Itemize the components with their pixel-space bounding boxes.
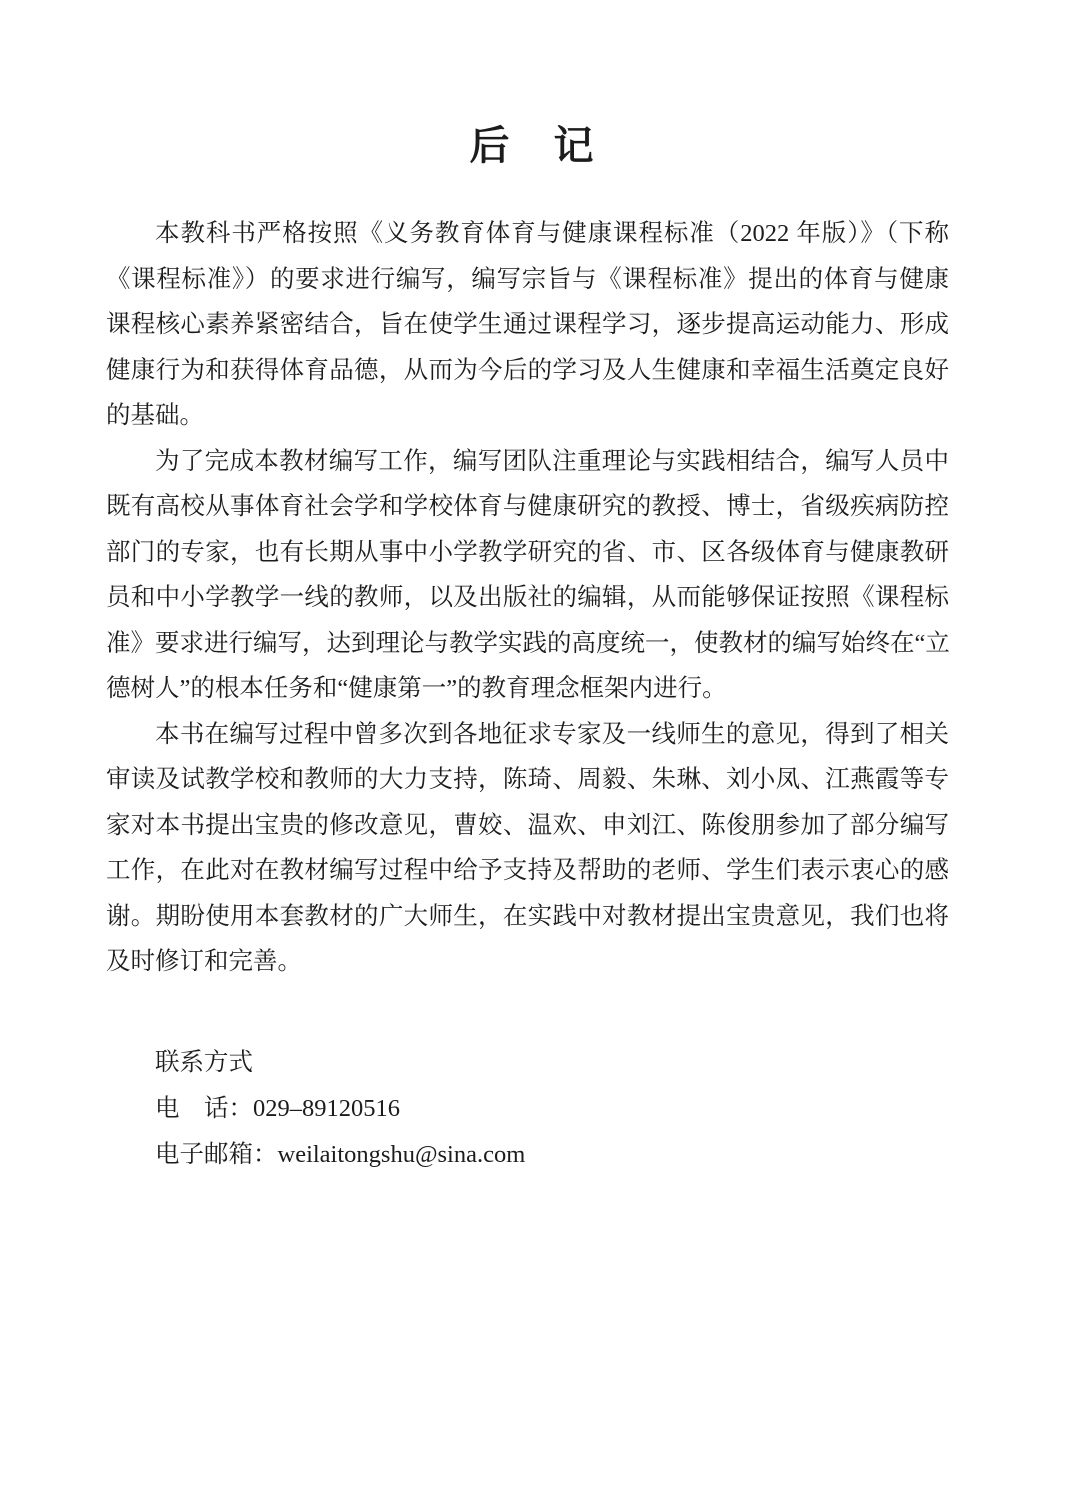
contact-section: 联系方式 电 话：029–89120516 电子邮箱：weilaitongshu… xyxy=(106,1040,949,1178)
paragraph-line: 谢。期盼使用本套教材的广大师生，在实践中对教材提出宝贵意见，我们也将 xyxy=(106,894,949,940)
paragraph-line: 及时修订和完善。 xyxy=(106,939,949,985)
phone-line: 电 话：029–89120516 xyxy=(155,1086,949,1132)
paragraph-line: 员和中小学教学一线的教师，以及出版社的编辑，从而能够保证按照《课程标 xyxy=(106,575,949,621)
paragraph: 本书在编写过程中曾多次到各地征求专家及一线师生的意见，得到了相关审读及试教学校和… xyxy=(106,712,949,985)
email-line: 电子邮箱：weilaitongshu@sina.com xyxy=(155,1132,949,1178)
page-content: 本教科书严格按照《义务教育体育与健康课程标准（2022 年版）》（下称《课程标准… xyxy=(106,211,949,1178)
paragraph-line: 既有高校从事体育社会学和学校体育与健康研究的教授、博士，省级疾病防控 xyxy=(106,484,949,530)
paragraph-line: 本书在编写过程中曾多次到各地征求专家及一线师生的意见，得到了相关 xyxy=(106,712,949,758)
body-paragraphs: 本教科书严格按照《义务教育体育与健康课程标准（2022 年版）》（下称《课程标准… xyxy=(106,211,949,985)
paragraph: 本教科书严格按照《义务教育体育与健康课程标准（2022 年版）》（下称《课程标准… xyxy=(106,211,949,439)
paragraph-line: 家对本书提出宝贵的修改意见，曹姣、温欢、申刘江、陈俊朋参加了部分编写 xyxy=(106,803,949,849)
paragraph: 为了完成本教材编写工作，编写团队注重理论与实践相结合，编写人员中既有高校从事体育… xyxy=(106,439,949,712)
contact-heading: 联系方式 xyxy=(155,1040,949,1086)
paragraph-line: 课程核心素养紧密结合，旨在使学生通过课程学习，逐步提高运动能力、形成 xyxy=(106,302,949,348)
email-address: weilaitongshu@sina.com xyxy=(278,1141,526,1168)
paragraph-line: 的基础。 xyxy=(106,393,949,439)
paragraph-line: 部门的专家，也有长期从事中小学教学研究的省、市、区各级体育与健康教研 xyxy=(106,530,949,576)
paragraph-line: 健康行为和获得体育品德，从而为今后的学习及人生健康和幸福生活奠定良好 xyxy=(106,348,949,394)
paragraph-line: 准》要求进行编写，达到理论与教学实践的高度统一，使教材的编写始终在“立 xyxy=(106,621,949,667)
paragraph-line: 审读及试教学校和教师的大力支持，陈琦、周毅、朱琳、刘小凤、江燕霞等专 xyxy=(106,757,949,803)
phone-label: 电 话： xyxy=(155,1095,253,1122)
paragraph-line: 本教科书严格按照《义务教育体育与健康课程标准（2022 年版）》（下称 xyxy=(106,211,949,257)
paragraph-line: 工作，在此对在教材编写过程中给予支持及帮助的老师、学生们表示衷心的感 xyxy=(106,848,949,894)
page-title: 后 记 xyxy=(0,117,1065,175)
paragraph-line: 《课程标准》）的要求进行编写，编写宗旨与《课程标准》提出的体育与健康 xyxy=(106,257,949,303)
email-label: 电子邮箱： xyxy=(155,1141,278,1168)
afterword-page: 后 记 本教科书严格按照《义务教育体育与健康课程标准（2022 年版）》（下称《… xyxy=(0,0,1065,1508)
paragraph-line: 为了完成本教材编写工作，编写团队注重理论与实践相结合，编写人员中 xyxy=(106,439,949,485)
phone-number: 029–89120516 xyxy=(253,1095,400,1122)
paragraph-line: 德树人”的根本任务和“健康第一”的教育理念框架内进行。 xyxy=(106,666,949,712)
